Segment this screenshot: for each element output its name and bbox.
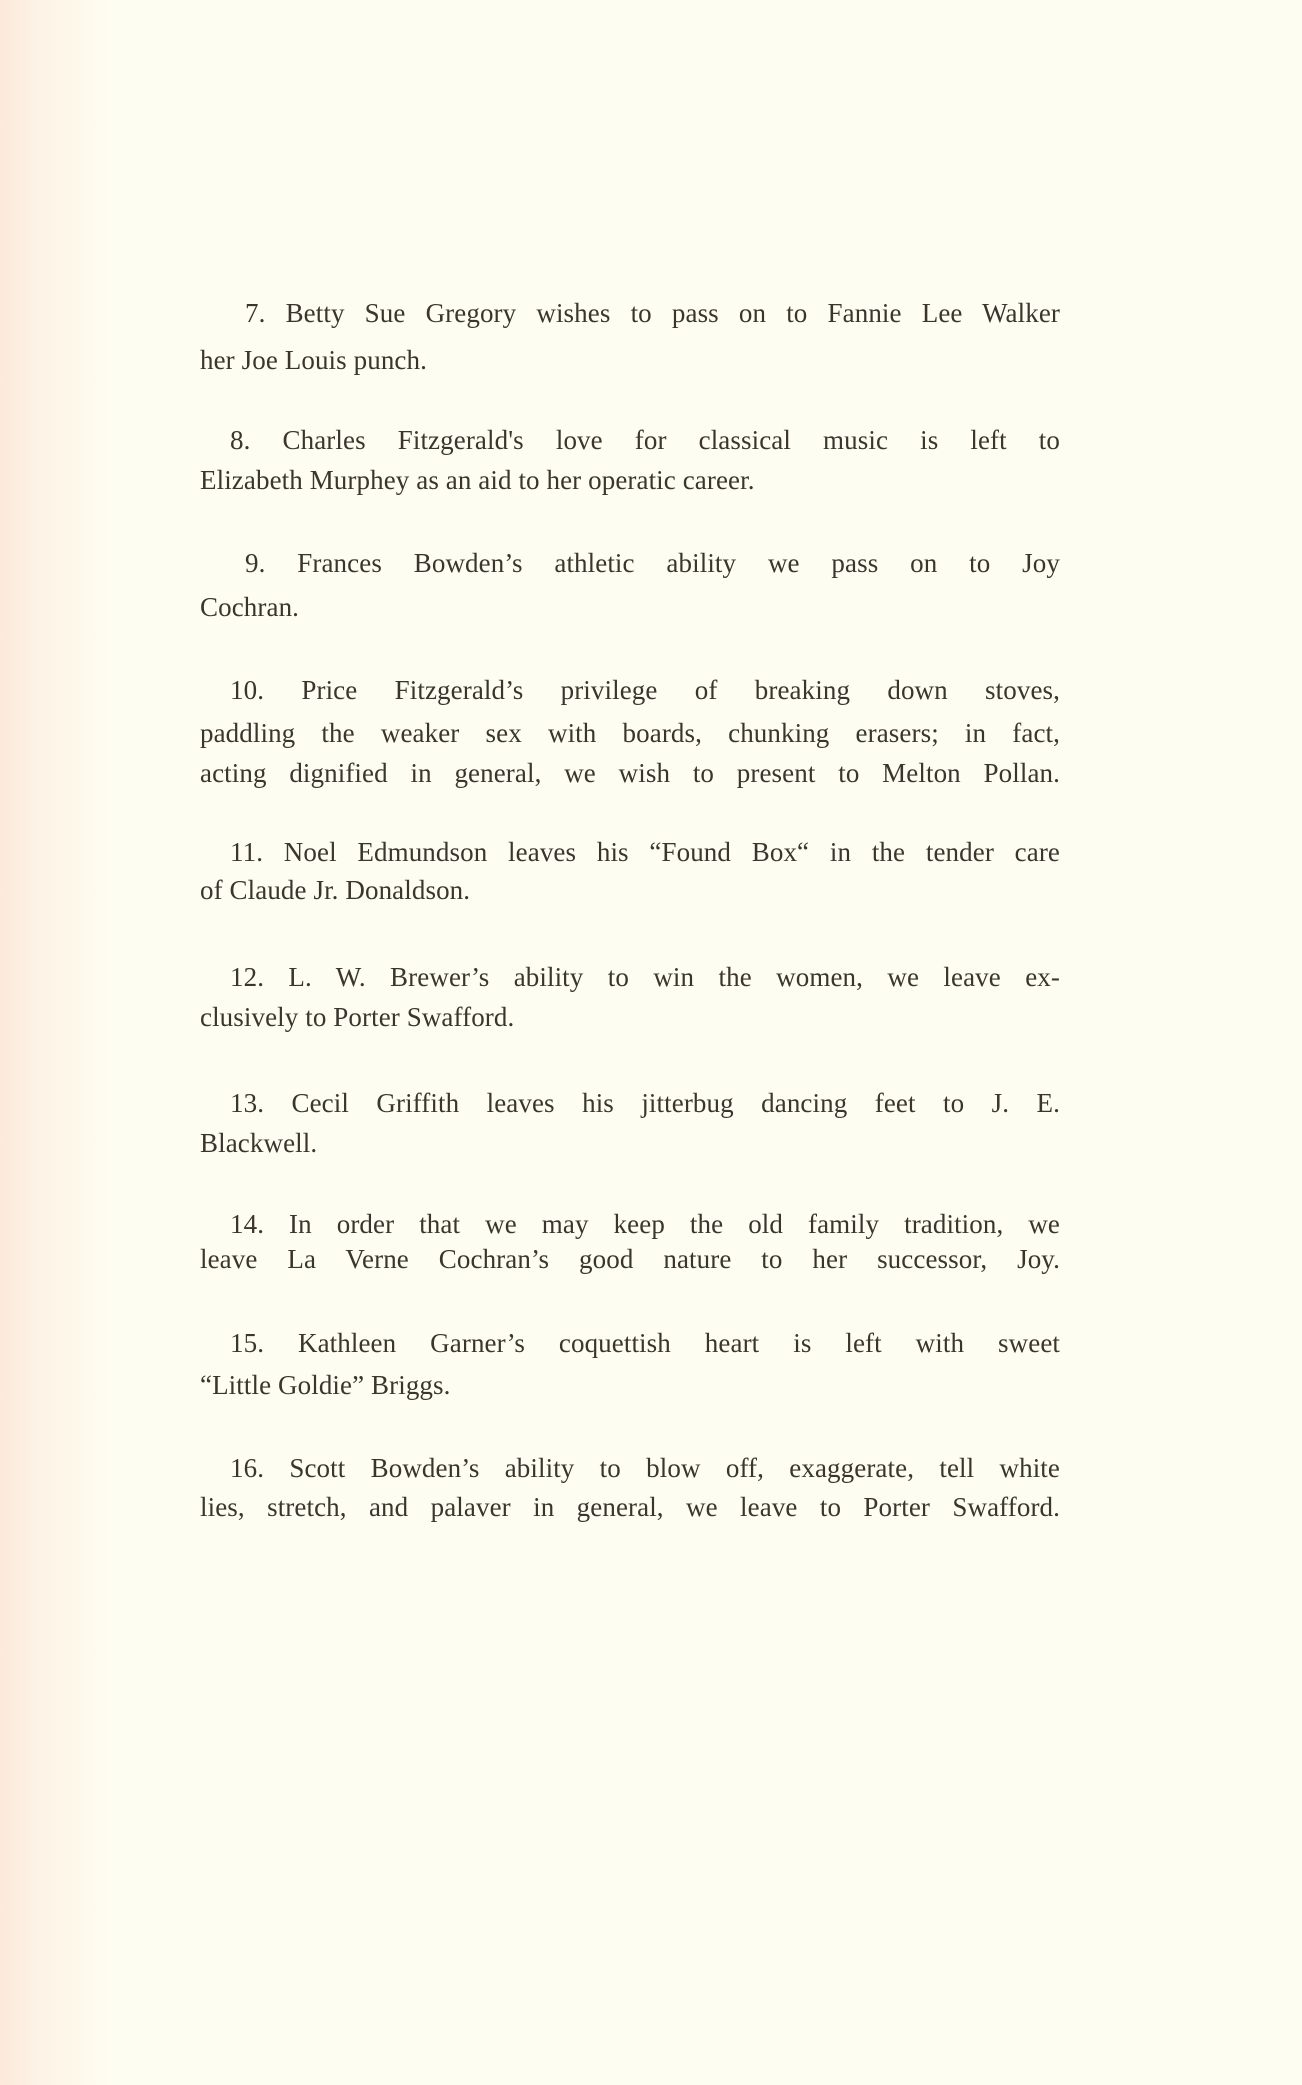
paragraph-line: leave La Verne Cochran’s good nature to … [200,1242,1060,1276]
paragraph-line: Elizabeth Murphey as an aid to her opera… [200,463,1060,497]
paragraph-line: 10. Price Fitzgerald’s privilege of brea… [230,673,1060,707]
paragraph-line: 13. Cecil Griffith leaves his jitterbug … [230,1086,1060,1120]
paragraph-line: Cochran. [200,590,1060,624]
paragraph-line: 16. Scott Bowden’s ability to blow off, … [230,1451,1060,1485]
paragraph-line: Blackwell. [200,1126,1060,1160]
paragraph-line: lies, stretch, and palaver in general, w… [200,1490,1060,1524]
paragraph-line: 11. Noel Edmundson leaves his “Found Box… [230,835,1060,869]
paragraph-line: 8. Charles Fitzgerald's love for classic… [230,423,1060,457]
paragraph-line: 15. Kathleen Garner’s coquettish heart i… [230,1326,1060,1360]
paragraph-line: clusively to Porter Swafford. [200,1000,1060,1034]
paragraph-line: paddling the weaker sex with boards, chu… [200,716,1060,750]
document-page: 7. Betty Sue Gregory wishes to pass on t… [0,0,1302,2085]
paragraph-line: 12. L. W. Brewer’s ability to win the wo… [230,960,1060,994]
paragraph-line: acting dignified in general, we wish to … [200,756,1060,790]
paragraph-line: of Claude Jr. Donaldson. [200,873,1060,907]
paragraph-line: 7. Betty Sue Gregory wishes to pass on t… [245,296,1060,330]
paragraph-line: her Joe Louis punch. [200,343,1060,377]
paragraph-line: “Little Goldie” Briggs. [200,1368,1060,1402]
paragraph-line: 14. In order that we may keep the old fa… [230,1207,1060,1241]
paragraph-line: 9. Frances Bowden’s athletic ability we … [245,546,1060,580]
